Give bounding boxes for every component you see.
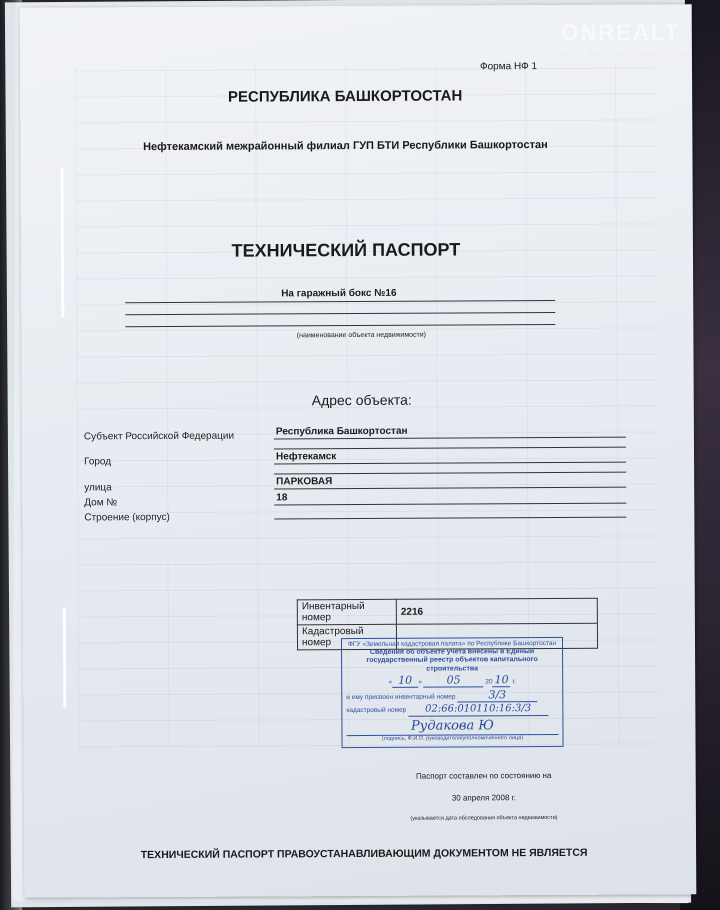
watermark-sub: НЕДВИЖИМОСТЬ [561,46,694,53]
stamp-date-suffix: г. [512,678,515,685]
stamp-inventory-label: и ему присвоен инвентарный номер [346,693,455,701]
underline [125,324,555,327]
inventory-number-value: 2216 [396,598,597,624]
table-row: Инвентарный номер 2216 [297,598,597,625]
address-value-house: 18 [276,492,287,503]
stamp-date-year-prefix: 20 [485,678,492,685]
form-number: Форма НФ 1 [480,61,537,72]
branch-heading: Нефтекамский межрайонный филиал ГУП БТИ … [20,138,670,153]
watermark-brand: ONREALT [561,20,680,45]
stamp-heading: Сведения об объекте учета внесены в Един… [346,648,558,674]
compiled-text: Паспорт составлен по состоянию на [384,771,584,781]
stamp-date-row: «10» 05 2010 г. [346,673,558,689]
watermark-logo: ONREALT НЕДВИЖИМОСТЬ [561,20,694,53]
address-label-street: улица [84,482,112,493]
address-value-street: ПАРКОВАЯ [276,476,332,487]
stamp-cadastral-label: кадастровый номер [346,707,406,714]
binder-crease [63,608,67,708]
underline [274,472,626,475]
underline [274,447,626,450]
address-label-house: Дом № [84,497,117,508]
legal-disclaimer: ТЕХНИЧЕСКИЙ ПАСПОРТ ПРАВОУСТАНАВЛИВАЮЩИМ… [24,846,704,862]
compiled-caption: (указывается дата обследования объекта н… [364,815,604,822]
technical-passport-page: Форма НФ 1 РЕСПУБЛИКА БАШКОРТОСТАН Нефте… [20,4,697,898]
stamp-signature-caption: (подпись, Ф.И.О. руководителя/уполномоче… [346,734,558,743]
underline [125,300,555,303]
underline [274,517,626,520]
address-label-building: Строение (корпус) [84,512,170,523]
republic-heading: РЕСПУБЛИКА БАШКОРТОСТАН [20,86,670,106]
underline [274,503,626,506]
stamp-date-month: 05 [424,673,484,688]
stamp-cadastral-row: кадастровый номер 02:66:010110:16:3/3 [346,703,558,719]
object-name: На гаражный бокс №16 [281,288,396,300]
address-heading: Адрес объекта: [22,390,702,410]
address-value-city: Нефтекамск [276,451,336,462]
underline [125,312,555,315]
address-label-subject: Субъект Российской Федерации [84,431,234,443]
document-title: ТЕХНИЧЕСКИЙ ПАСПОРТ [21,238,671,262]
stamp-signature: Рудакова Ю [411,718,494,733]
stamp-date-day: 10 [392,674,418,688]
registry-stamp: ФГУ «Земельная кадастровая палата» по Ре… [341,637,564,748]
stamp-date-year-suffix: 10 [493,673,511,687]
address-label-city: Город [84,456,111,467]
compiled-date: 30 апреля 2008 г. [384,793,584,803]
stamp-signature-row: Рудакова Ю [346,718,558,734]
object-name-caption: (наименование объекта недвижимости) [21,330,701,341]
address-value-subject: Республика Башкортостан [276,426,408,438]
stamp-inventory-row: и ему присвоен инвентарный номер 3/3 [346,688,558,704]
stamp-inventory-value: 3/3 [457,688,537,703]
inventory-number-label: Инвентарный номер [297,599,396,625]
stamp-cadastral-value: 02:66:010110:16:3/3 [408,703,548,717]
